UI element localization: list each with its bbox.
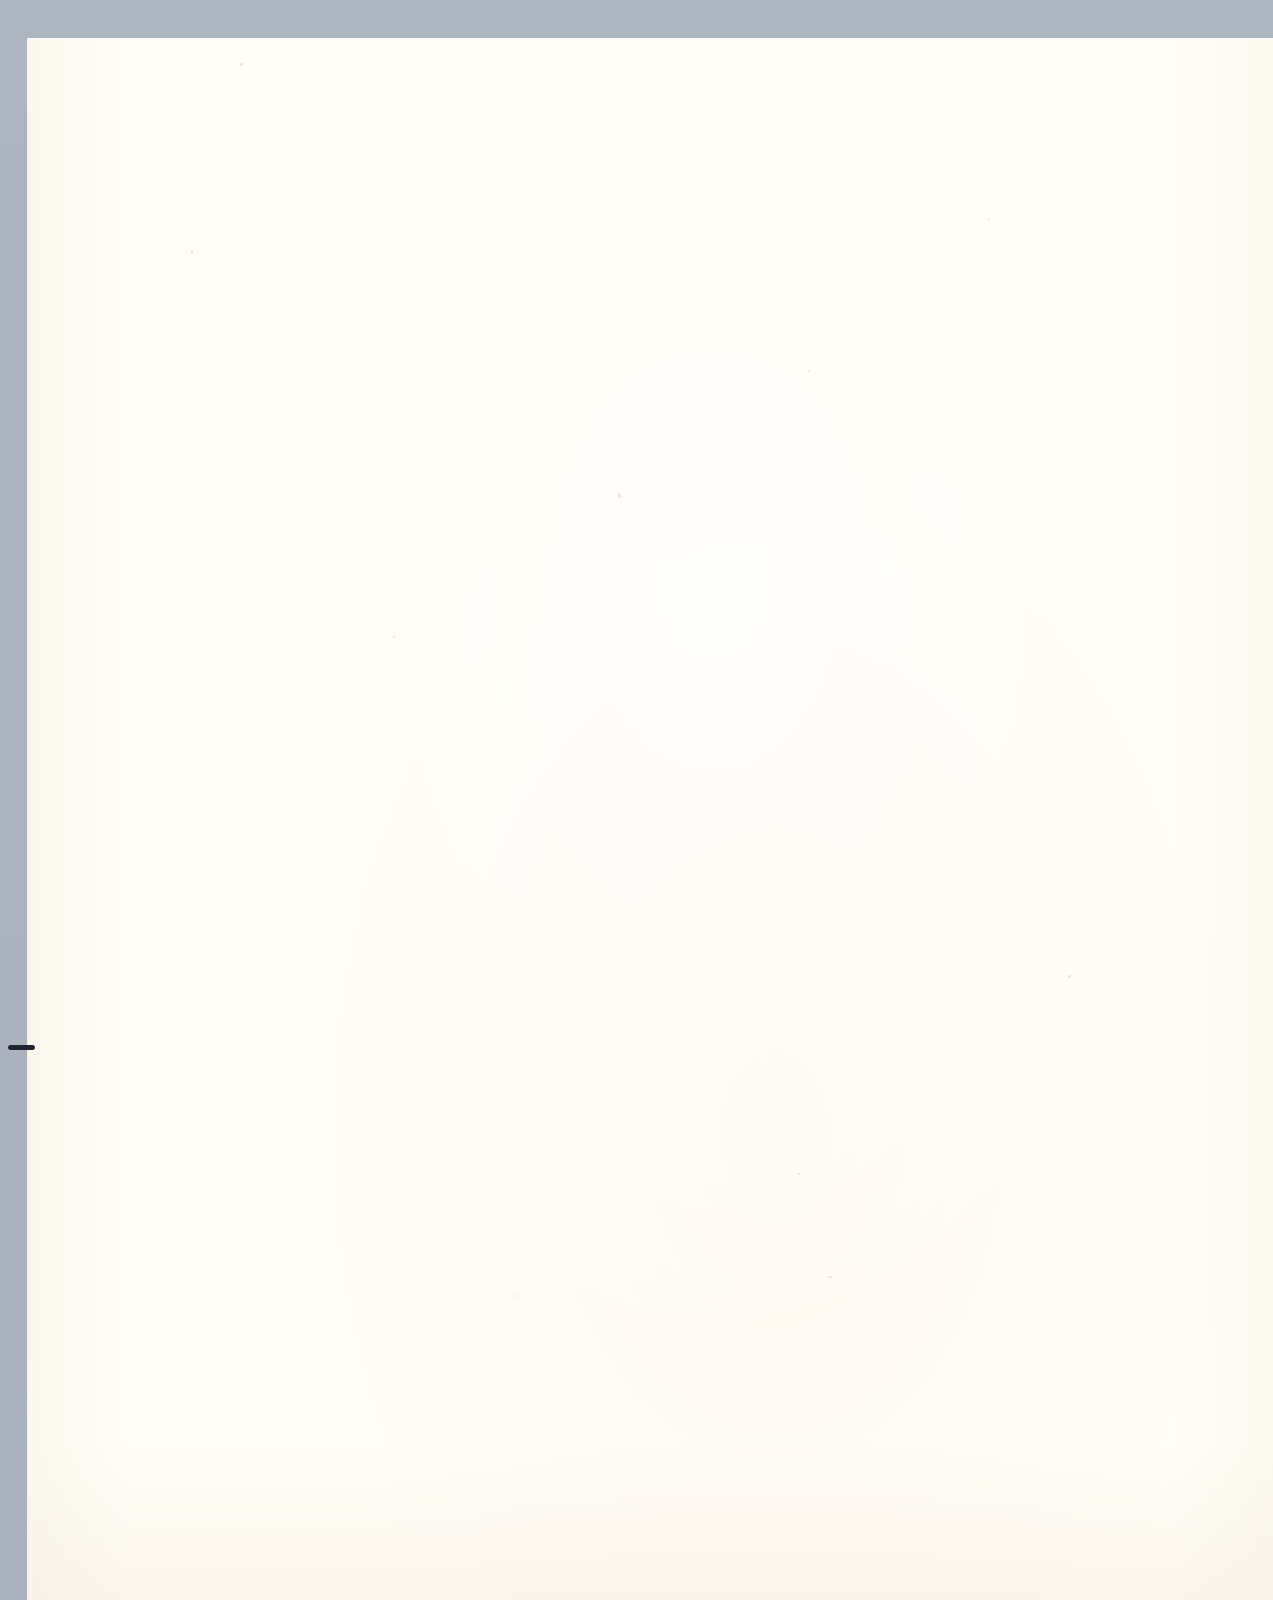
margin-ink-mark bbox=[8, 1045, 35, 1050]
paper-speck bbox=[618, 493, 621, 498]
paper-speck bbox=[393, 636, 395, 638]
paper-speck bbox=[514, 1295, 516, 1297]
paper-speck bbox=[808, 370, 810, 372]
paper-speck bbox=[828, 1276, 832, 1278]
paper-speck bbox=[191, 250, 193, 254]
paper-speck bbox=[988, 218, 990, 220]
paper-speck bbox=[798, 1173, 800, 1175]
paper-top-edge bbox=[28, 38, 1273, 40]
paper-speck bbox=[240, 63, 243, 66]
paper-speck bbox=[1068, 975, 1071, 978]
paper-sheet bbox=[28, 38, 1273, 1600]
